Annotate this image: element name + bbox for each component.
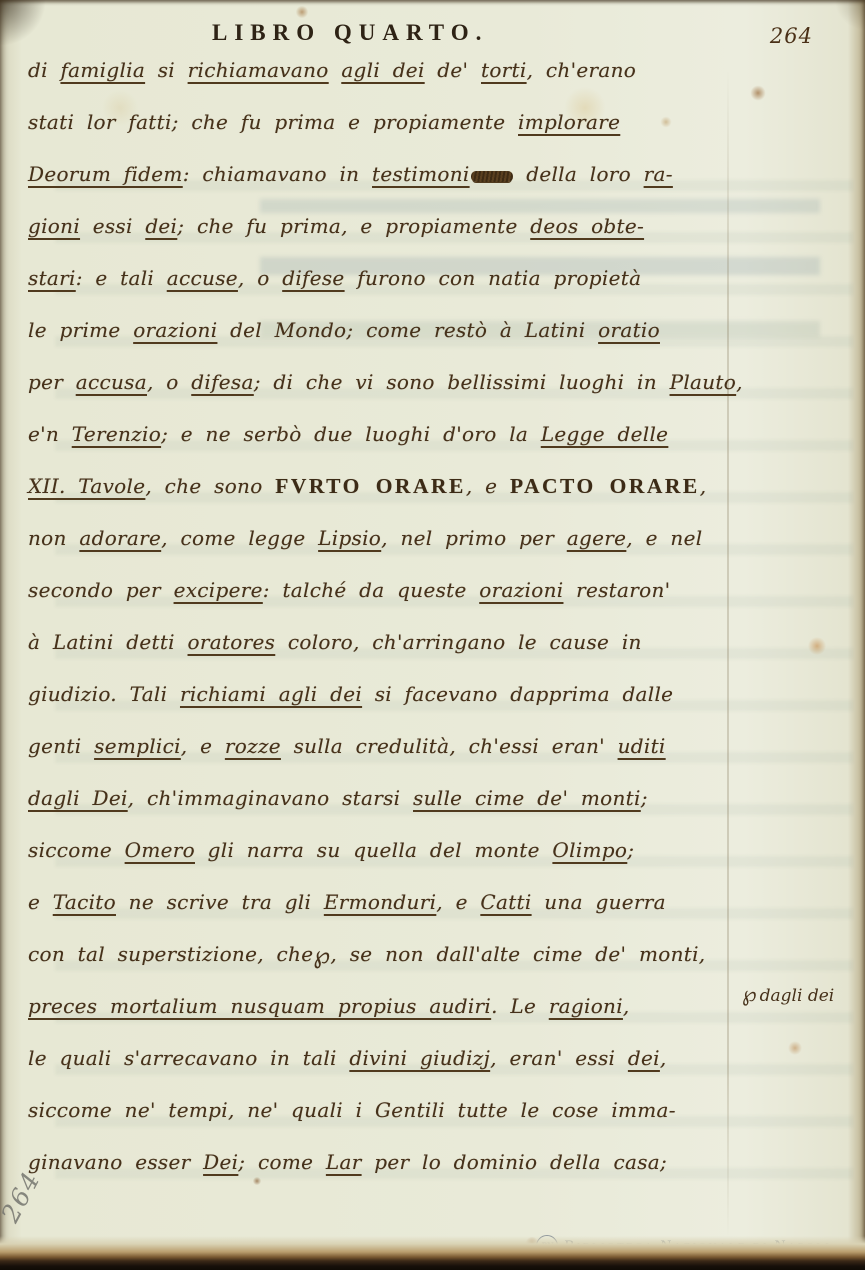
text-segment: , come legge: [161, 526, 318, 550]
manuscript-line: siccome ne' tempi, ne' quali i Gentili t…: [28, 1098, 773, 1150]
manuscript-line: XII. Tavole, che sono FVRTO ORARE, e PAC…: [28, 474, 773, 526]
text-segment: Catti: [480, 890, 531, 914]
text-segment: sulle cime de' monti: [413, 786, 641, 810]
library-logo-icon: BN: [536, 1235, 558, 1257]
text-segment: ;: [627, 838, 634, 862]
text-segment: XII. Tavole: [28, 474, 145, 498]
text-segment: ginavano esser: [28, 1150, 203, 1174]
text-segment: ragioni: [549, 994, 623, 1018]
text-segment: e'n: [28, 422, 72, 446]
manuscript-line: stati lor fatti; che fu prima e propiame…: [28, 110, 773, 162]
insertion-mark-icon: ℘: [742, 982, 757, 1006]
scribbled-out-word: [471, 171, 513, 182]
text-segment: sulla credulità, ch'essi eran': [281, 734, 618, 758]
text-segment: e: [28, 890, 53, 914]
manuscript-line: secondo per excipere: talché da queste o…: [28, 578, 773, 630]
text-segment: difesa: [191, 370, 253, 394]
library-watermark: BN Biblioteca Nazionale di Napoli: [536, 1235, 831, 1257]
text-segment: richiamavano: [188, 58, 329, 82]
text-segment: adorare: [79, 526, 161, 550]
text-segment: , e: [436, 890, 480, 914]
text-segment: Deorum fidem: [28, 162, 183, 186]
text-segment: essi: [80, 214, 145, 238]
text-segment: ra-: [644, 162, 673, 186]
text-segment: PACTO ORARE: [510, 474, 700, 498]
text-segment: di: [28, 58, 60, 82]
text-segment: dagli Dei: [28, 786, 128, 810]
manuscript-text: di famiglia si richiamavano agli dei de'…: [28, 58, 773, 1202]
text-segment: testimoni: [372, 162, 470, 186]
text-segment: Lipsio: [318, 526, 381, 550]
manuscript-line: à Latini detti oratores coloro, ch'arrin…: [28, 630, 773, 682]
manuscript-line: Deorum fidem: chiamavano in testimoni de…: [28, 162, 773, 214]
margin-note-text: dagli dei: [760, 986, 835, 1006]
text-segment: accuse: [167, 266, 238, 290]
text-segment: orazioni: [479, 578, 563, 602]
text-segment: divini giudizj: [349, 1046, 490, 1070]
text-segment: uditi: [618, 734, 666, 758]
insertion-mark-icon: ℘: [313, 941, 330, 969]
text-segment: siccome ne' tempi, ne' quali i Gentili t…: [28, 1098, 676, 1122]
text-segment: non: [28, 526, 79, 550]
text-segment: Legge delle: [541, 422, 668, 446]
text-segment: giudizio. Tali: [28, 682, 180, 706]
text-segment: , eran' essi: [490, 1046, 628, 1070]
folio-number: 264: [770, 24, 813, 48]
text-segment: FVRTO ORARE: [275, 474, 466, 498]
manuscript-line: non adorare, come legge Lipsio, nel prim…: [28, 526, 773, 578]
text-segment: famiglia: [60, 58, 145, 82]
text-segment: con tal superstizione, che: [28, 942, 313, 966]
manuscript-line: con tal superstizione, che℘, se non dall…: [28, 942, 773, 994]
text-segment: genti: [28, 734, 94, 758]
manuscript-line: le prime orazioni del Mondo; come restò …: [28, 318, 773, 370]
text-segment: torti: [481, 58, 527, 82]
text-segment: gioni: [28, 214, 80, 238]
manuscript-line: le quali s'arrecavano in tali divini giu…: [28, 1046, 773, 1098]
text-segment: richiami agli dei: [180, 682, 362, 706]
text-segment: si facevano dapprima dalle: [362, 682, 673, 706]
text-segment: agere: [567, 526, 626, 550]
text-segment: , e nel: [626, 526, 702, 550]
text-segment: dei: [628, 1046, 660, 1070]
text-segment: restaron': [563, 578, 670, 602]
manuscript-line: gioni essi dei; che fu prima, e propiame…: [28, 214, 773, 266]
text-segment: Olimpo: [552, 838, 627, 862]
text-segment: ; come: [238, 1150, 326, 1174]
book-title: LIBRO QUARTO.: [212, 20, 488, 46]
text-segment: le prime: [28, 318, 133, 342]
text-segment: implorare: [518, 110, 620, 134]
manuscript-line: siccome Omero gli narra su quella del mo…: [28, 838, 773, 890]
text-segment: , e: [181, 734, 225, 758]
text-segment: coloro, ch'arringano le cause in: [275, 630, 642, 654]
text-segment: rozze: [225, 734, 281, 758]
text-segment: à Latini detti: [28, 630, 188, 654]
text-segment: ;: [641, 786, 648, 810]
text-segment: oratores: [188, 630, 276, 654]
manuscript-line: preces mortalium nusquam propius audiri.…: [28, 994, 773, 1046]
text-segment: deos obte-: [530, 214, 644, 238]
text-segment: Plauto: [670, 370, 737, 394]
text-segment: Omero: [125, 838, 195, 862]
manuscript-line: e'n Terenzio; e ne serbò due luoghi d'or…: [28, 422, 773, 474]
text-segment: orazioni: [133, 318, 217, 342]
text-segment: Tacito: [53, 890, 116, 914]
text-segment: , nel primo per: [381, 526, 567, 550]
text-segment: , se non dall'alte cime de' monti,: [330, 942, 705, 966]
text-segment: Dei: [203, 1150, 238, 1174]
text-segment: preces mortalium nusquam propius audiri: [28, 994, 491, 1018]
margin-insertion-note: ℘dagli dei: [742, 982, 862, 1006]
text-segment: per lo dominio della casa;: [362, 1150, 667, 1174]
text-segment: difese: [282, 266, 344, 290]
text-segment: , o: [147, 370, 191, 394]
text-segment: Lar: [326, 1150, 362, 1174]
text-segment: : chiamavano in: [183, 162, 372, 186]
text-segment: , ch'immaginavano starsi: [128, 786, 413, 810]
text-segment: per: [28, 370, 76, 394]
text-segment: del Mondo; come restò à Latini: [217, 318, 598, 342]
text-segment: . Le: [491, 994, 549, 1018]
manuscript-line: ginavano esser Dei; come Lar per lo domi…: [28, 1150, 773, 1202]
text-segment: stari: [28, 266, 76, 290]
manuscript-page-scan: LIBRO QUARTO. 264 di famiglia si richiam…: [0, 0, 865, 1270]
text-segment: Ermonduri: [324, 890, 436, 914]
text-segment: secondo per: [28, 578, 174, 602]
manuscript-line: stari: e tali accuse, o difese furono co…: [28, 266, 773, 318]
text-segment: ,: [700, 474, 707, 498]
text-segment: le quali s'arrecavano in tali: [28, 1046, 349, 1070]
manuscript-line: dagli Dei, ch'immaginavano starsi sulle …: [28, 786, 773, 838]
text-segment: gli narra su quella del monte: [195, 838, 552, 862]
text-segment: Terenzio: [72, 422, 161, 446]
text-segment: ; e ne serbò due luoghi d'oro la: [161, 422, 541, 446]
text-segment: [329, 58, 342, 82]
text-segment: oratio: [598, 318, 660, 342]
text-segment: ,: [623, 994, 630, 1018]
manuscript-line: di famiglia si richiamavano agli dei de'…: [28, 58, 773, 110]
text-segment: : e tali: [76, 266, 167, 290]
text-segment: : talché da queste: [263, 578, 480, 602]
text-segment: ,: [736, 370, 743, 394]
text-segment: , o: [238, 266, 282, 290]
text-segment: agli dei: [341, 58, 424, 82]
text-segment: una guerra: [532, 890, 666, 914]
text-segment: , ch'erano: [527, 58, 637, 82]
library-watermark-text: Biblioteca Nazionale di Napoli: [564, 1238, 831, 1255]
text-segment: ne scrive tra gli: [116, 890, 324, 914]
manuscript-line: per accusa, o difesa; di che vi sono bel…: [28, 370, 773, 422]
text-segment: , e: [466, 474, 510, 498]
text-segment: dei: [145, 214, 177, 238]
text-segment: semplici: [94, 734, 181, 758]
text-segment: de': [425, 58, 481, 82]
text-segment: accusa: [76, 370, 147, 394]
manuscript-line: giudizio. Tali richiami agli dei si face…: [28, 682, 773, 734]
manuscript-line: genti semplici, e rozze sulla credulità,…: [28, 734, 773, 786]
text-segment: ; che fu prima, e propiamente: [177, 214, 530, 238]
text-segment: ,: [660, 1046, 667, 1070]
page-header: LIBRO QUARTO. 264: [0, 14, 865, 54]
text-segment: siccome: [28, 838, 125, 862]
text-segment: si: [145, 58, 188, 82]
text-segment: excipere: [174, 578, 263, 602]
text-segment: stati lor fatti; che fu prima e propiame…: [28, 110, 518, 134]
text-segment: furono con natia propietà: [345, 266, 642, 290]
text-segment: , che sono: [145, 474, 275, 498]
text-segment: ; di che vi sono bellissimi luoghi in: [254, 370, 670, 394]
text-segment: della loro: [514, 162, 644, 186]
manuscript-line: e Tacito ne scrive tra gli Ermonduri, e …: [28, 890, 773, 942]
